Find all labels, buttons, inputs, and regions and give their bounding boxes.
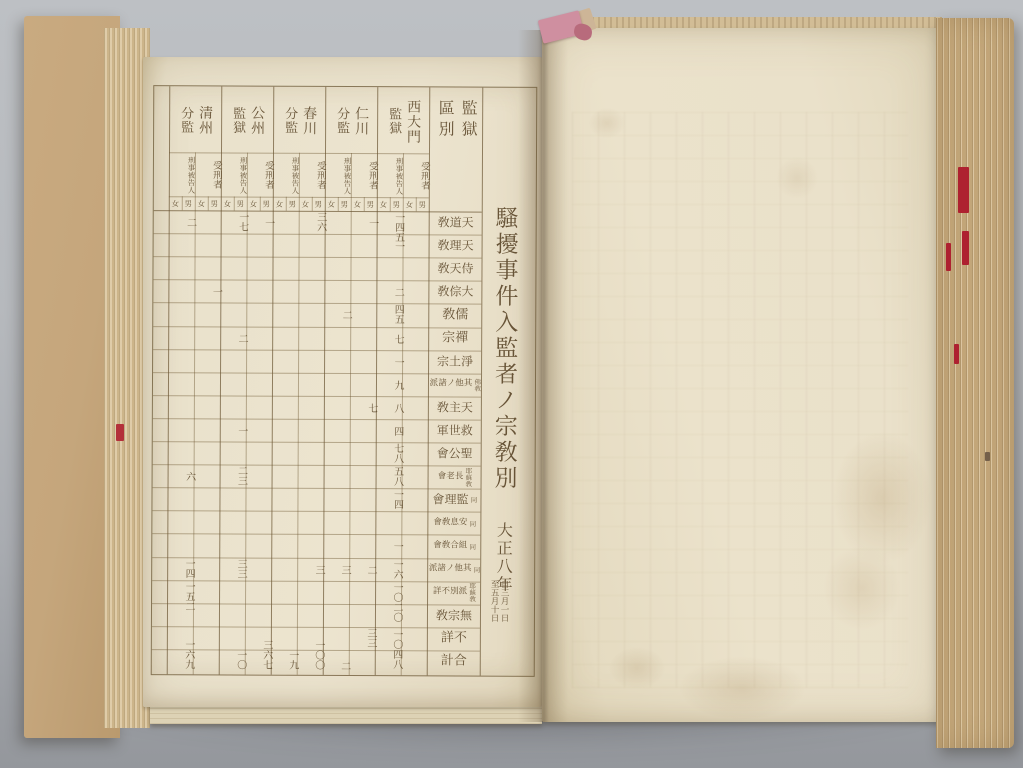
sex-label-cell: 男 (338, 199, 351, 210)
grid-value-cell: 三六七 (245, 639, 271, 669)
religion-label-prefix: 耶蘇敎 (464, 467, 471, 487)
detainee-type-cell: 刑事被告人 (273, 156, 299, 195)
religion-label-char: ノ (447, 380, 456, 390)
prison-name-line: 西大門 (404, 91, 421, 151)
religion-label-char: 敎 (437, 286, 449, 299)
grid-value-cell: 一 (194, 287, 220, 297)
grid-value-cell: 一四 (375, 489, 401, 509)
grid-value-cell: 一六 (375, 559, 401, 579)
grid-value-cell: 一四五 (377, 212, 403, 242)
religion-row-label: 淨土宗 (429, 350, 481, 373)
sex-label-cell: 男 (390, 199, 403, 210)
sex-label-cell: 男 (260, 199, 273, 210)
sex-label-cell: 女 (247, 199, 260, 210)
religion-label-char: 組 (459, 542, 468, 552)
religion-label-char: 禪 (455, 332, 468, 346)
religion-label-char: 救 (461, 424, 473, 437)
grid-value-cell: 一七 (221, 211, 247, 231)
religion-label-char: 無 (460, 609, 472, 622)
religion-label-char: 派 (429, 565, 438, 575)
religion-row-label: 禪宗 (429, 327, 481, 350)
religion-row-label: 侍天敎 (429, 258, 481, 281)
grid-value-cell: 七 (376, 334, 402, 344)
sex-label-cell: 男 (416, 199, 429, 210)
grid-value-cell: 七八 (376, 443, 402, 463)
sex-label-cell: 女 (273, 199, 286, 210)
religion-label-char: 別 (450, 588, 459, 598)
grid-value-cell: 二 (323, 660, 349, 670)
religion-row-label: 同安息敎會 (428, 512, 480, 535)
detainee-type-cell: 刑事被告人 (325, 156, 351, 195)
religion-label-char: 公 (449, 448, 461, 461)
grid-value-cell: 一 (375, 542, 401, 552)
religion-label-char: 會 (437, 447, 449, 460)
sex-label-cell: 男 (364, 199, 377, 210)
sex-label-cell: 男 (208, 198, 221, 209)
detainee-type-cell: 刑事被告人 (169, 155, 195, 194)
grid-value-cell: 一〇二〇 (375, 582, 401, 622)
sex-label-cell: 男 (182, 198, 195, 209)
religion-row-label: 同其他ノ諸派 (428, 558, 480, 581)
religion-label-prefix: 同 (468, 543, 475, 550)
religion-label-char: 敎 (437, 401, 449, 414)
religion-label-char: 世 (449, 424, 461, 437)
religion-label-char: 監 (456, 494, 468, 507)
religion-label-char: 敎 (438, 216, 450, 229)
detainee-type-cell: 受刑者 (247, 156, 273, 195)
religion-label-char: 天 (462, 240, 474, 253)
grid-value-cell: 一五二 (167, 581, 193, 611)
prison-name-line: 仁川 (352, 91, 369, 151)
religion-row-label: 聖公會 (429, 442, 481, 465)
detainee-type-cell: 受刑者 (403, 156, 429, 195)
religion-label-prefix: 同 (468, 520, 475, 527)
grid-value-cell: 四 (376, 426, 402, 436)
religion-label-char: 詳 (433, 588, 442, 598)
grid-value-cell: 一〇〇 (297, 639, 323, 669)
grid-value-cell: 一九 (271, 650, 297, 670)
grid-value-cell: 九 (376, 380, 402, 390)
religion-label-char: 宗 (437, 355, 449, 368)
sex-label-cell: 女 (221, 198, 234, 209)
religion-label-char: 諸 (437, 565, 446, 575)
prison-header-cell: 春川分監 (273, 91, 325, 151)
grid-line (349, 153, 352, 675)
red-bookmark-mark-1 (958, 167, 969, 213)
religion-label-char: 敎 (442, 519, 451, 529)
sex-label-cell: 男 (312, 199, 325, 210)
religion-label-prefix: 耶蘇敎 (468, 583, 475, 603)
religion-row-label: 無宗敎 (428, 604, 480, 627)
religion-label-char: 道 (450, 217, 462, 230)
religion-label-char: 其 (463, 565, 472, 575)
sex-label-cell: 女 (299, 199, 312, 210)
religion-label-char: 宗 (448, 609, 460, 622)
religion-label-char: 不 (454, 632, 467, 646)
religion-label-char: 侍 (461, 263, 473, 276)
religion-label-char: 不 (442, 588, 451, 598)
grid-value-cell: 一 (376, 357, 402, 367)
document-title: 騷擾事件入監者ノ宗敎別 (484, 184, 519, 514)
religion-label-char: 儒 (455, 308, 468, 322)
religion-label-char: 計 (441, 655, 454, 669)
grid-value-cell: 三三 (219, 558, 245, 578)
grid-value-cell: 二 (376, 287, 402, 297)
religion-label-char: 他 (455, 380, 464, 390)
sex-label-cell: 女 (169, 198, 182, 209)
document-date-range: 自三月一日至五月十日 (483, 580, 509, 630)
religion-label-char: 諸 (438, 380, 447, 390)
prison-header-cell: 清州分監 (169, 90, 221, 150)
red-bookmark-mark-3 (946, 243, 951, 271)
religion-label-char: 敎 (436, 609, 448, 622)
religion-label-char: 理 (450, 240, 462, 253)
religion-row-label: 儒敎 (429, 304, 481, 327)
religion-row-label: 不詳 (428, 627, 480, 650)
red-bookmark-mark-2 (962, 231, 969, 265)
table-corner-header: 監獄區別 (436, 99, 480, 147)
grid-value-cell: 二 (169, 217, 195, 227)
religion-row-label: 合計 (428, 650, 480, 673)
religion-label-char: 宗 (442, 331, 455, 345)
sex-label-cell: 女 (325, 199, 338, 210)
sex-label-cell: 女 (377, 199, 390, 210)
prison-header-cell: 公州監獄 (221, 90, 273, 150)
grid-value-cell: 二 (220, 333, 246, 343)
religion-label-char: 會 (433, 518, 442, 528)
religion-label-char: 派 (430, 380, 439, 390)
grid-value-cell: 二 (349, 565, 375, 575)
religion-label-char: 土 (449, 355, 461, 368)
religion-row-label: 天主敎 (429, 396, 481, 419)
religion-label-char: 天 (462, 217, 474, 230)
religion-label-char: 敎 (437, 263, 449, 276)
prison-name-line: 監獄 (229, 90, 246, 150)
prison-name-line: 公州 (248, 91, 265, 151)
grid-value-cell: 三六 (299, 212, 325, 232)
prison-name-line: 分監 (281, 91, 298, 151)
religion-label-char: 其 (464, 380, 473, 390)
religion-label-char: 敎 (442, 308, 455, 322)
grid-value-cell: 一 (377, 241, 403, 251)
right-page-stack-edge (936, 18, 1014, 748)
sex-label-cell: 女 (195, 198, 208, 209)
detainee-type-cell: 受刑者 (299, 156, 325, 195)
right-page-stains (542, 28, 940, 722)
grid-value-cell: 一 (247, 218, 273, 228)
religion-row-label: 大倧敎 (429, 281, 481, 304)
grid-value-cell: 三三 (349, 628, 375, 648)
grid-value-cell: 一 (220, 425, 246, 435)
grid-value-cell: 一〇 (219, 649, 245, 669)
prison-name-line: 監獄 (385, 91, 402, 151)
religion-row-label: 天道敎 (430, 211, 482, 234)
prison-name-line: 春川 (300, 91, 317, 151)
prison-name-line: 清州 (196, 90, 213, 150)
grid-value-cell: 二 (324, 310, 350, 320)
sex-label-cell: 女 (403, 199, 416, 210)
prison-name-line: 分監 (177, 90, 194, 150)
religion-label-char: 主 (449, 401, 461, 414)
prison-religion-table: 騷擾事件入監者ノ宗敎別 大正八年 自三月一日至五月十日 監獄區別 西大門監獄仁川… (151, 85, 538, 677)
religion-row-label: 同組合敎會 (428, 535, 480, 558)
detainee-type-cell: 受刑者 (351, 156, 377, 195)
prison-header-cell: 西大門監獄 (377, 91, 429, 151)
religion-label-char: 安 (459, 519, 468, 529)
religion-row-label: 天理敎 (430, 234, 482, 257)
prison-header-cell: 仁川分監 (325, 91, 377, 151)
religion-label-char: ノ (446, 565, 455, 575)
religion-label-char: 會 (438, 472, 447, 482)
religion-label-char: 他 (454, 565, 463, 575)
grid-value-cell: 七 (350, 403, 376, 413)
grid-value-cell: 一六九 (167, 639, 193, 669)
sex-label-cell: 男 (234, 199, 247, 210)
religion-label-char: 敎 (438, 240, 450, 253)
photo-of-open-book: { "photo": { "description_colors": { "ba… (0, 0, 1023, 768)
religion-label-char: 敎 (442, 542, 451, 552)
religion-row-label: 耶蘇敎派別不詳 (428, 581, 480, 604)
religion-label-char: 合 (450, 542, 459, 552)
religion-label-char: 合 (454, 655, 467, 669)
grid-value-cell: 二三 (220, 466, 246, 486)
page-edge-speck (985, 452, 990, 461)
religion-label-char: 長 (455, 472, 464, 482)
religion-label-char: 會 (433, 542, 442, 552)
religion-label-char: 會 (432, 494, 444, 507)
religion-label-char: 大 (461, 286, 473, 299)
religion-label-char: 老 (446, 472, 455, 482)
detainee-type-cell: 刑事被告人 (377, 156, 403, 195)
religion-label-char: 息 (450, 519, 459, 529)
grid-value-cell: 一〇四八 (375, 629, 401, 669)
detainee-type-cell: 刑事被告人 (221, 155, 247, 194)
grid-value-cell: 五八 (376, 466, 402, 486)
religion-label-char: 倧 (449, 286, 461, 299)
religion-label-char: 軍 (437, 424, 449, 437)
religion-row-label: 耶蘇敎長老會 (429, 465, 481, 488)
religion-row-label: 救世軍 (429, 419, 481, 442)
grid-value-cell: 六 (168, 471, 194, 481)
religion-label-char: 派 (459, 588, 468, 598)
red-bookmark-mark-4 (954, 344, 959, 364)
red-bookmark-tab-left (116, 424, 124, 441)
grid-value-cell: 一 (351, 218, 377, 228)
sex-label-cell: 女 (351, 199, 364, 210)
detainee-type-cell: 受刑者 (195, 155, 221, 194)
religion-label-char: 詳 (441, 632, 454, 646)
grid-value-cell: 四五 (376, 305, 402, 325)
religion-label-prefix: 同 (469, 497, 476, 504)
grid-value-cell: 八 (376, 403, 402, 413)
grid-value-cell: 三 (323, 564, 349, 574)
prison-name-line: 分監 (333, 91, 350, 151)
religion-label-prefix: 佛敎 (473, 378, 480, 391)
religion-label-char: 天 (461, 401, 473, 414)
grid-value-cell: 三 (297, 564, 323, 574)
religion-row-label: 同監理會 (428, 489, 480, 512)
grid-value-cell: 一四 (167, 558, 193, 578)
religion-row-label: 佛敎其他ノ諸派 (429, 373, 481, 396)
religion-label-char: 聖 (461, 448, 473, 461)
religion-label-char: 淨 (461, 355, 473, 368)
religion-label-prefix: 同 (472, 566, 479, 573)
sex-label-cell: 男 (286, 199, 299, 210)
religion-label-char: 理 (444, 494, 456, 507)
religion-label-char: 天 (449, 263, 461, 276)
